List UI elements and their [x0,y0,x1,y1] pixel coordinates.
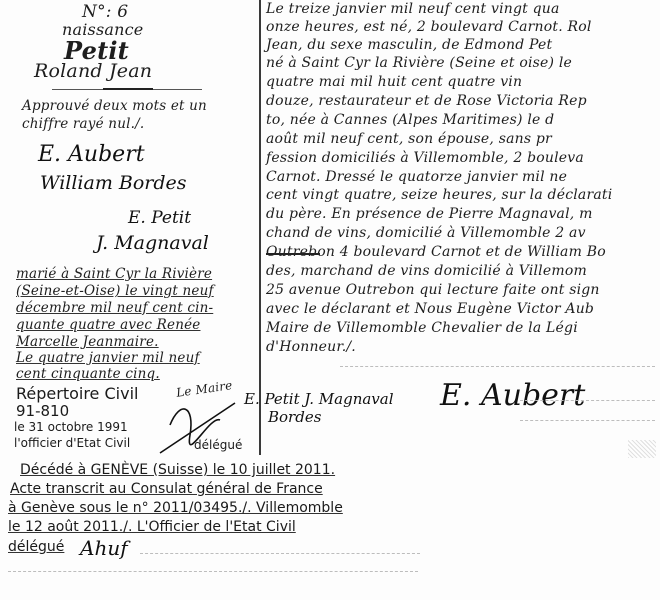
death-note-line-4: le 12 août 2011./. L'Officier de l'Etat … [8,519,296,535]
scan-noise [628,440,656,458]
repertoire-officer: l'officier d'Etat Civil [14,436,130,450]
marriage-note-line-4: quante quatre avec Renée [16,317,200,333]
struck-word-line [266,253,320,255]
body-line: Outrebon 4 boulevard Carnot et de Willia… [266,244,606,260]
heading-underline-bold [103,88,153,90]
repertoire-date: le 31 octobre 1991 [14,420,128,434]
witness-signatures: E. Petit J. Magnaval [244,390,394,408]
marriage-note-line-7: cent cinquante cinq. [16,366,160,382]
scanned-document-page: N°: 6 naissance Petit Roland Jean Approu… [0,0,660,600]
approval-note-line-2: chiffre rayé nul./. [22,116,144,132]
death-note-line-1: Décédé à GENÈVE (Suisse) le 10 juillet 2… [20,462,335,478]
death-note-line-3: à Genève sous le n° 2011/03495./. Villem… [8,500,343,516]
body-line: Le treize janvier mil neuf cent vingt qu… [266,1,560,17]
repertoire-number: 91-810 [16,402,69,420]
signature-petit: E. Petit [128,208,191,228]
body-line: douze, restaurateur et de Rose Victoria … [266,93,587,109]
body-line: quatre mai mil huit cent quatre vin [266,74,522,90]
fill-line [340,366,655,368]
body-line: Carnot. Dressé le quatorze janvier mil n… [266,169,567,185]
body-line: des, marchand de vins domicilié à Villem… [266,263,587,279]
fill-line [520,420,655,422]
signature-mayor-aubert: E. Aubert [440,378,585,413]
fill-line [520,400,655,402]
body-line: Jean, du sexe masculin, de Edmond Pet [266,37,552,53]
signature-magnaval: J. Magnaval [96,232,209,254]
body-line: né à Saint Cyr la Rivière (Seine et oise… [266,55,572,71]
marriage-note-line-1: marié à Saint Cyr la Rivière [16,266,212,282]
fill-line [8,571,418,573]
body-line: chand de vins, domicilié à Villemomble 2… [266,225,586,241]
death-note-line-5: délégué [8,539,64,555]
body-line: d'Honneur./. [266,339,356,355]
body-line: fession domiciliés à Villemomble, 2 boul… [266,150,584,166]
body-line: onze heures, est né, 2 boulevard Carnot.… [266,19,592,35]
body-line: du père. En présence de Pierre Magnaval,… [266,206,593,222]
marriage-note-line-2: (Seine-et-Oise) le vingt neuf [16,283,214,299]
death-note-line-2: Acte transcrit au Consulat général de Fr… [10,481,323,497]
body-line: août mil neuf cent, son épouse, sans pr [266,131,552,147]
signature-aubert: E. Aubert [38,142,145,167]
marriage-note-line-5: Marcelle Jeanmaire. [16,334,159,350]
body-line: to, née à Cannes (Alpes Maritimes) le d [266,112,554,128]
given-names: Roland Jean [34,60,152,82]
signature-bordes: William Bordes [40,172,187,194]
body-line: avec le déclarant et Nous Eugène Victor … [266,301,594,317]
body-line: Maire de Villemomble Chevalier de la Lég… [266,320,578,336]
fill-line [140,553,420,555]
record-number: N°: 6 [82,2,128,22]
death-note-signature: Ahuf [80,536,128,560]
signature-bordes-body: Bordes [268,408,321,426]
repertoire-label: Répertoire Civil [16,384,138,403]
marriage-note-line-6: Le quatre janvier mil neuf [16,350,200,366]
column-divider [259,0,261,455]
body-line: 25 avenue Outrebon qui lecture faite ont… [266,282,600,298]
marriage-note-line-3: décembre mil neuf cent cin- [16,300,213,316]
margin-column: N°: 6 naissance Petit Roland Jean Approu… [0,0,255,460]
approval-note-line-1: Approuvé deux mots et un [22,98,207,114]
body-line: cent vingt quatre, seize heures, sur la … [266,187,612,203]
stamp-signature-scribble [150,395,240,460]
